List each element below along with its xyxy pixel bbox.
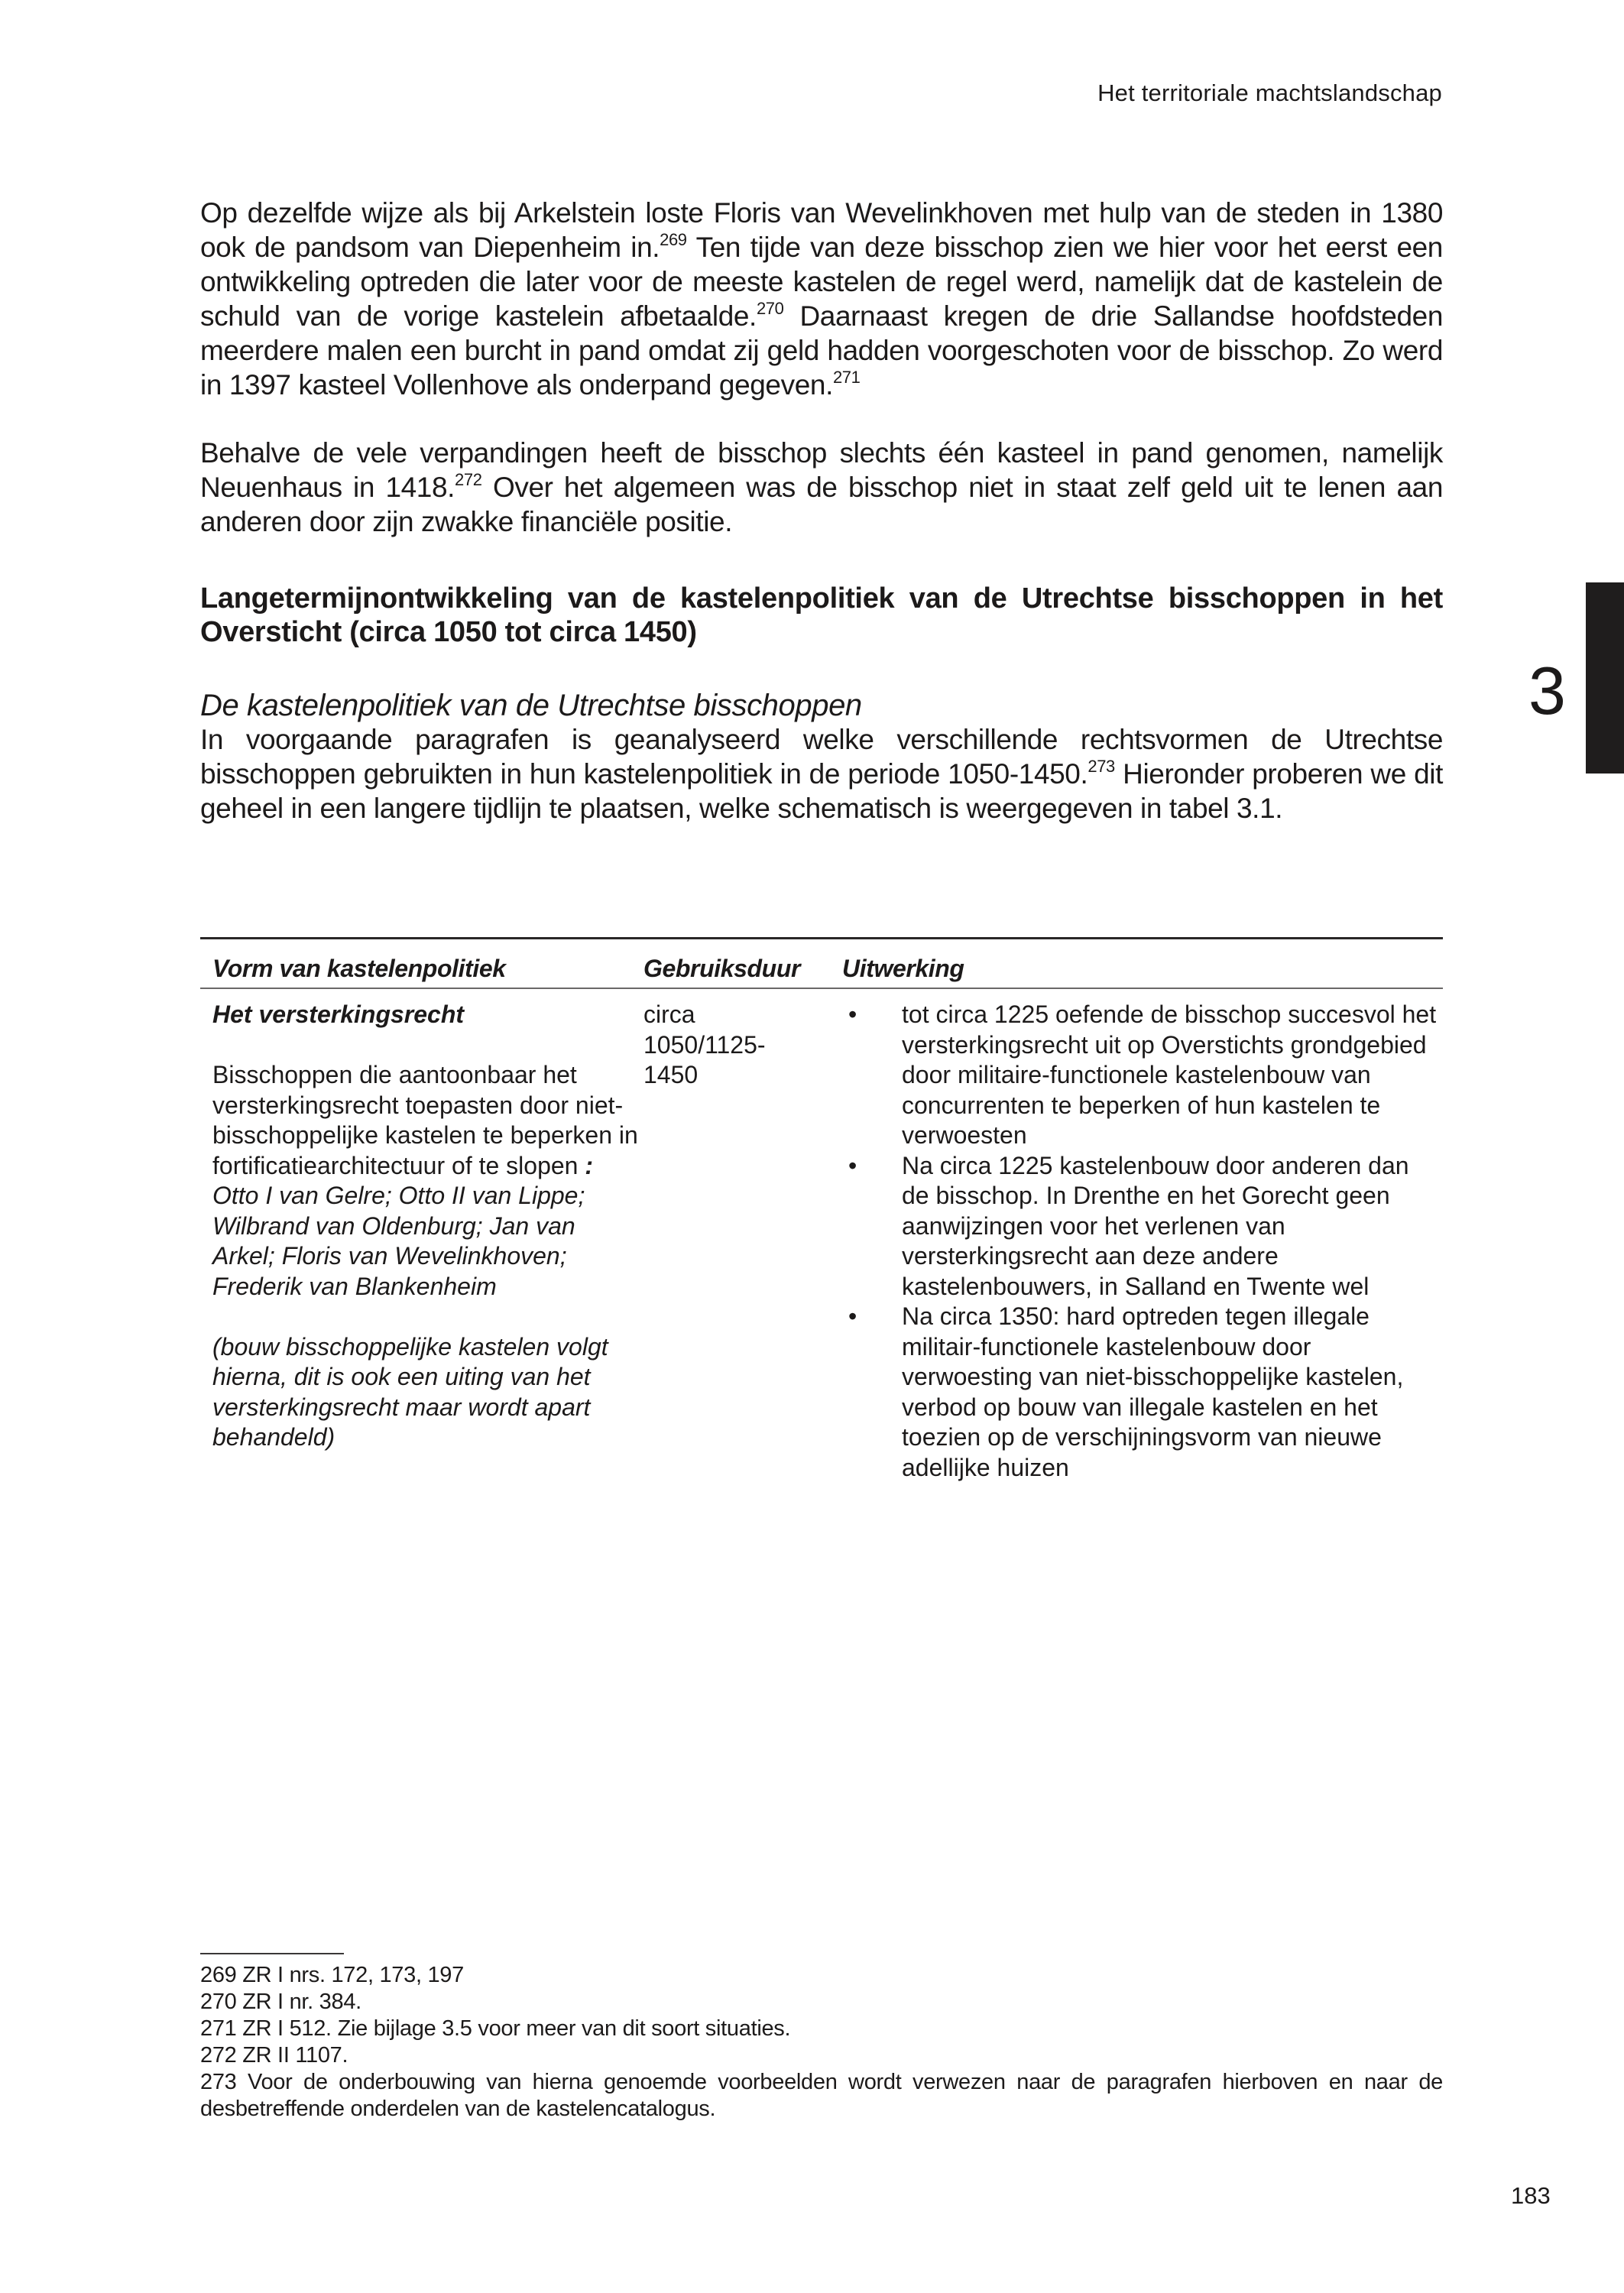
paragraph: In voorgaande paragrafen is geanalyseerd… [200,722,1443,825]
paragraph: Op dezelfde wijze als bij Arkelstein los… [200,196,1443,402]
form-title: Het versterkingsrecht [212,1000,643,1030]
chapter-thumb-tab [1586,582,1624,774]
subsection-heading: De kastelenpolitiek van de Utrechtse bis… [200,689,1443,722]
footnote: 271 ZR I 512. Zie bijlage 3.5 voor meer … [200,2016,1443,2042]
column-header-duration: Gebruiksduur [643,955,842,988]
footnote-separator [200,1953,344,1954]
footnote-reference[interactable]: 269 [660,230,687,249]
castle-policy-table: Vorm van kastelenpolitiek Gebruiksduur U… [200,937,1443,1483]
footnote: 273 Voor de onderbouwing van hierna geno… [200,2069,1443,2123]
bullet-icon: • [848,1302,857,1332]
footnote: 272 ZR II 1107. [200,2042,1443,2069]
footnotes: 269 ZR I nrs. 172, 173, 197 270 ZR I nr.… [200,1953,1443,2123]
list-item: •tot circa 1225 oefende de bisschop succ… [842,1000,1443,1151]
duration-cell: circa 1050/1125-1450 [643,1000,842,1483]
column-header-form: Vorm van kastelenpolitiek [200,955,643,988]
elaboration-cell: •tot circa 1225 oefende de bisschop succ… [842,1000,1443,1483]
bishop-names: Otto I van Gelre; Otto II van Lippe; Wil… [212,1181,643,1302]
footnote-reference[interactable]: 273 [1088,757,1115,776]
section-heading: Langetermijnontwikkeling van de kastelen… [200,582,1443,649]
form-note: (bouw bisschoppelijke kastelen volgt hie… [212,1332,643,1453]
form-description: Bisschoppen die aantoonbaar het versterk… [212,1060,643,1181]
footnote-reference[interactable]: 272 [455,470,482,489]
column-header-elaboration: Uitwerking [842,955,1443,988]
elaboration-list: •tot circa 1225 oefende de bisschop succ… [842,1000,1443,1483]
page-number: 183 [1511,2182,1551,2210]
main-text: Op dezelfde wijze als bij Arkelstein los… [200,196,1443,825]
footnote-reference[interactable]: 271 [833,368,861,387]
chapter-number: 3 [1528,657,1566,725]
footnote: 270 ZR I nr. 384. [200,1989,1443,2016]
duration-value: circa 1050/1125-1450 [643,1000,796,1091]
paragraph: Behalve de vele verpandingen heeft de bi… [200,436,1443,539]
table-row: Het versterkingsrecht Bisschoppen die aa… [200,989,1443,1483]
bullet-icon: • [848,1000,857,1030]
list-item: •Na circa 1350: hard optreden tegen ille… [842,1302,1443,1483]
running-head: Het territoriale machtslandschap [1097,79,1442,107]
list-item: •Na circa 1225 kastelenbouw door anderen… [842,1151,1443,1302]
footnote-reference[interactable]: 270 [757,299,784,318]
form-cell: Het versterkingsrecht Bisschoppen die aa… [200,1000,643,1483]
footnote: 269 ZR I nrs. 172, 173, 197 [200,1962,1443,1989]
bullet-icon: • [848,1151,857,1182]
table-header-row: Vorm van kastelenpolitiek Gebruiksduur U… [200,939,1443,989]
